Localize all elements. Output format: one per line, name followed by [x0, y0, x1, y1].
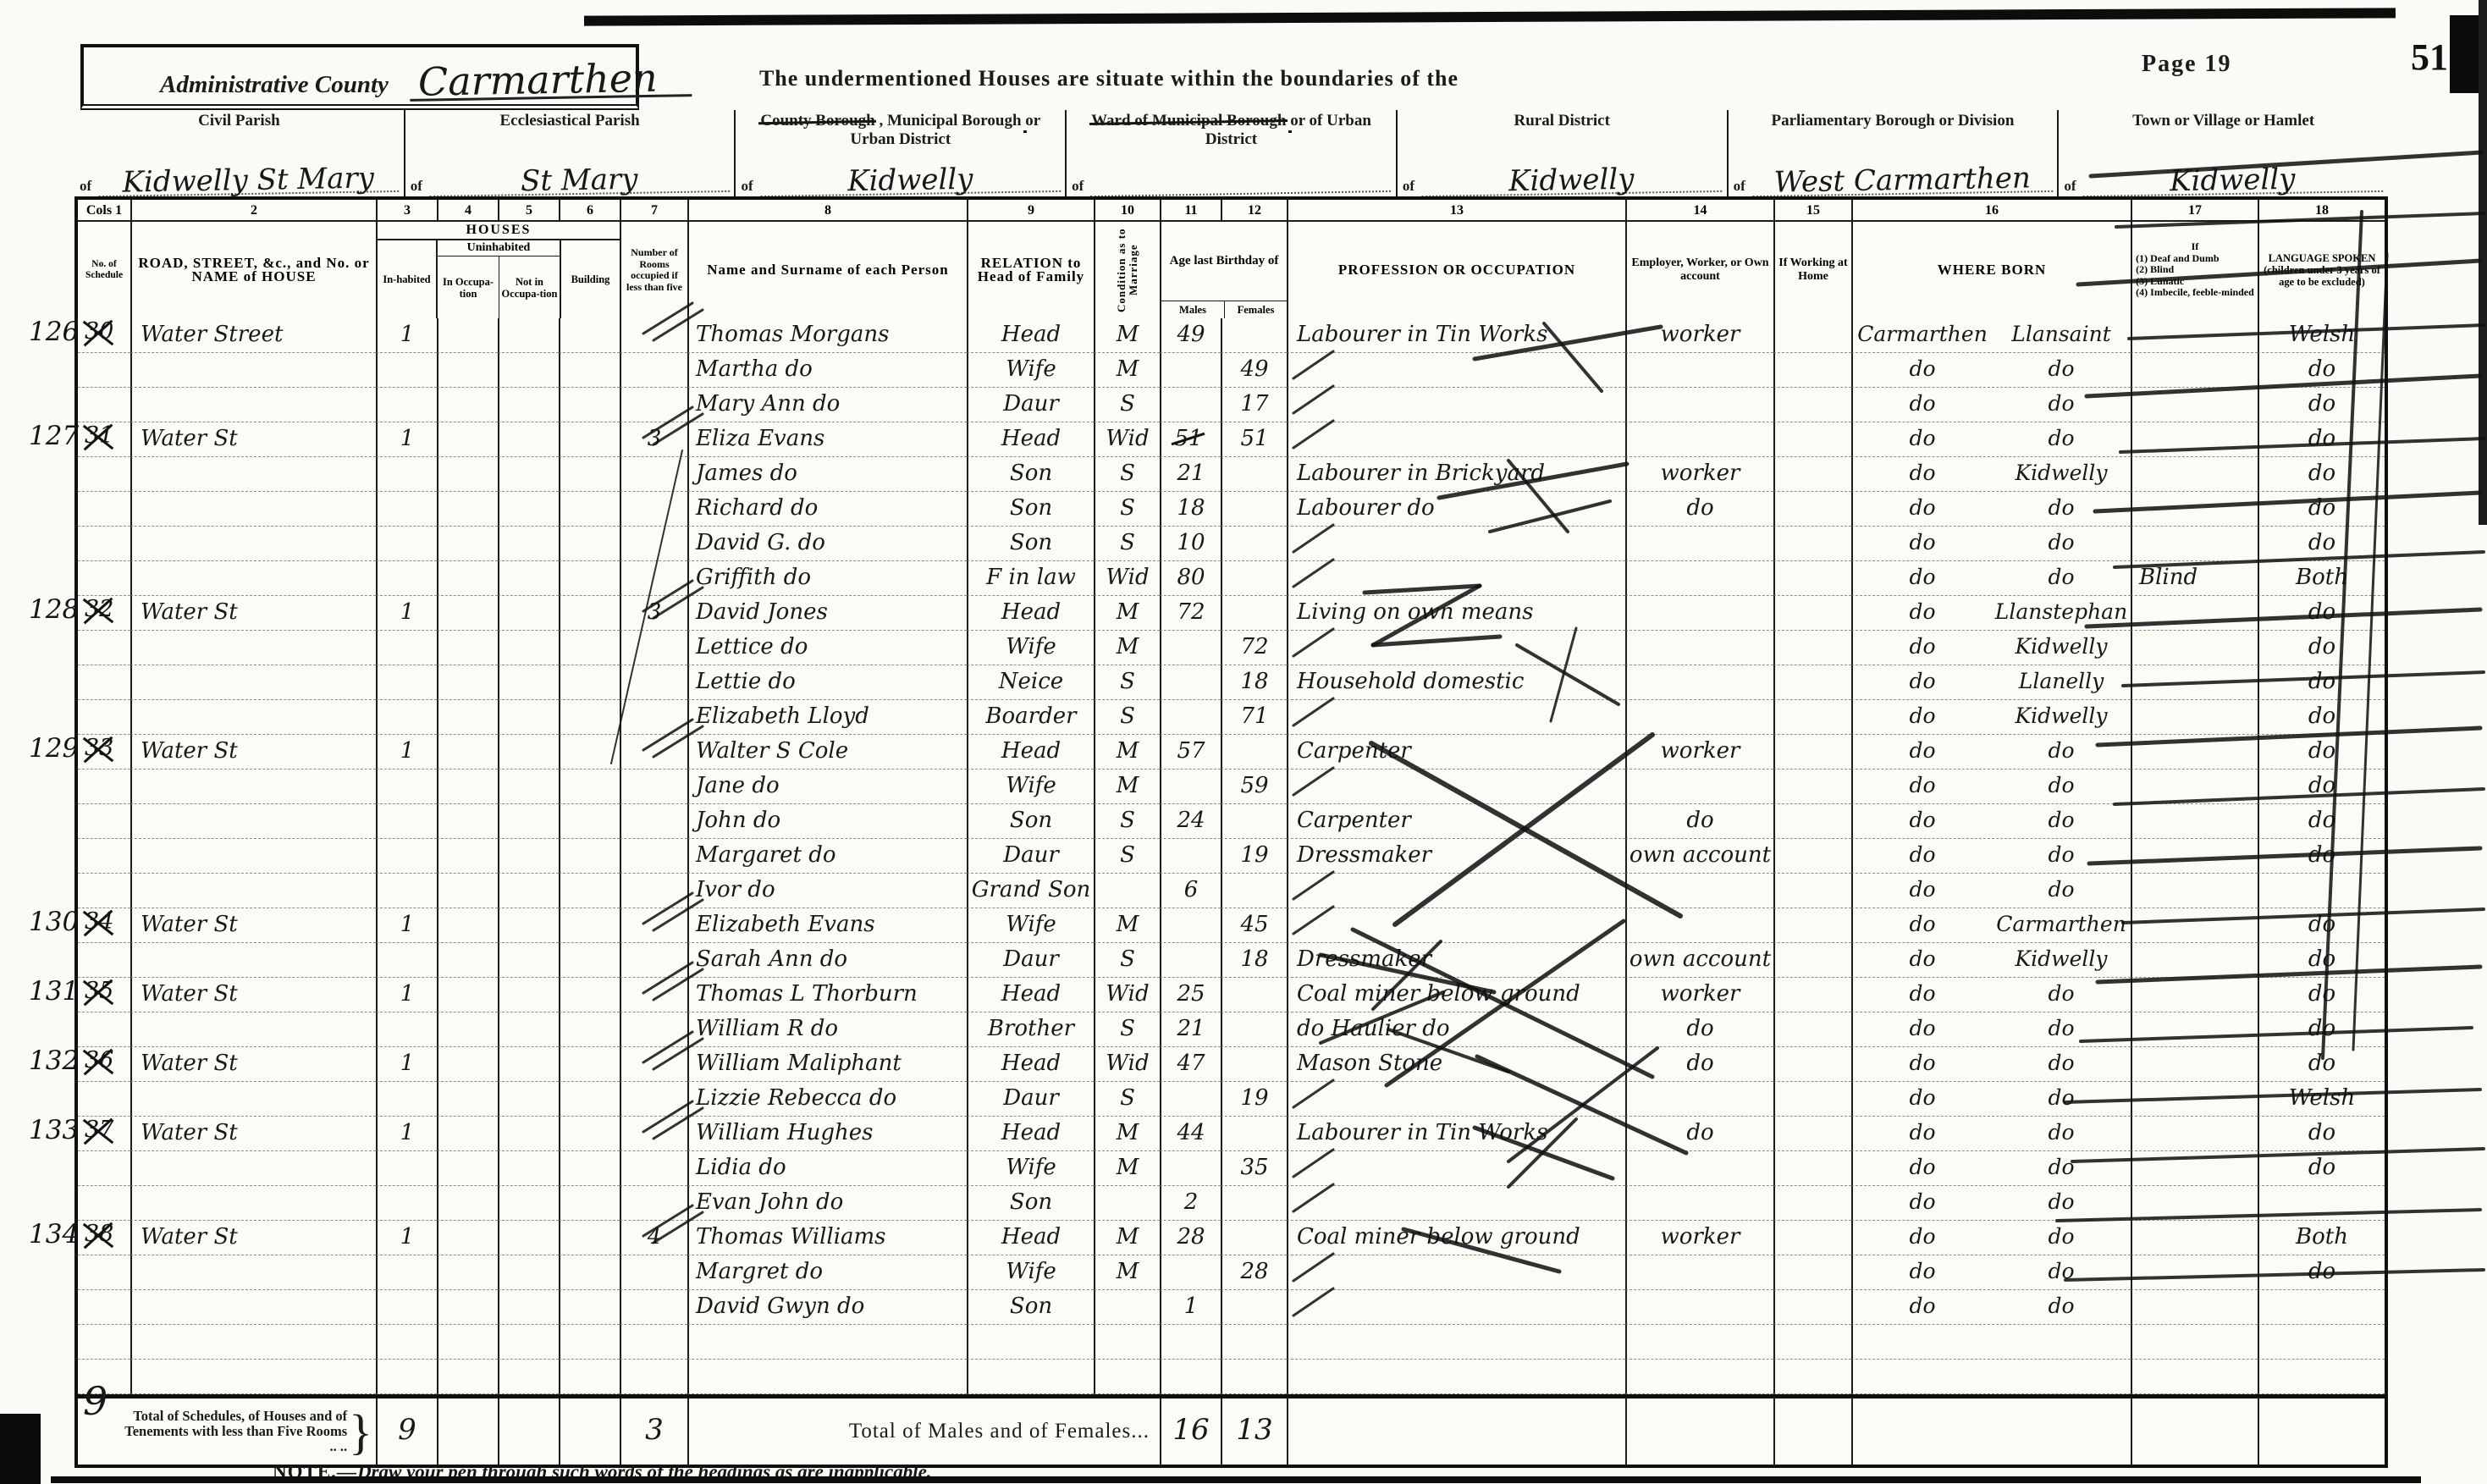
age-female-cell-value: 59 [1240, 773, 1268, 798]
inhabited-cell [376, 1290, 437, 1325]
condition-cell-value: S [1120, 842, 1135, 868]
birth-county: do [1853, 1151, 1992, 1185]
rooms-cell [620, 804, 687, 839]
person-name-cell: Griffith do [687, 561, 967, 596]
birth-county: Carmarthen [1853, 318, 1992, 352]
birth-parish: do [1992, 1290, 2131, 1324]
person-name-cell-value: David G. do [689, 530, 825, 555]
age-female-cell [1221, 457, 1287, 492]
col-number-14: 14 [1625, 200, 1773, 222]
relation-cell: Head [967, 1221, 1094, 1255]
language-cell-value: do [2308, 1051, 2335, 1076]
street-cell [130, 1012, 376, 1047]
age-female-cell-value: 18 [1240, 669, 1268, 694]
uninhabited-in-occupation-cell [437, 353, 498, 388]
birth-county: do [1853, 1117, 1992, 1150]
birth-parish: do [1992, 770, 2131, 803]
col-relation-label: RELATION to Head of Family [967, 222, 1094, 318]
language-cell-value: do [2308, 426, 2335, 451]
language-cell: do [2258, 596, 2385, 631]
blank-cell [498, 1360, 559, 1394]
rooms-cell: 3 [620, 596, 687, 631]
relation-cell-value: Son [1010, 1294, 1052, 1319]
infirmity-cell [2131, 978, 2258, 1012]
age-female-cell-value: 28 [1240, 1259, 1268, 1284]
employer-status-cell: do [1625, 1012, 1773, 1047]
inhabited-cell [376, 874, 437, 908]
language-cell-value: do [2308, 391, 2335, 417]
person-name-cell: David G. do [687, 527, 967, 561]
occupation-cell [1287, 1255, 1625, 1290]
age-male-cell-value: 21 [1177, 1016, 1205, 1041]
age-male-cell-value: 28 [1177, 1224, 1205, 1250]
col-road-label: ROAD, STREET, &c., and No. or NAME of HO… [130, 222, 376, 318]
schedule-cell [78, 804, 130, 839]
uninhabited-in-occupation-cell [437, 700, 498, 735]
inhabited-cell [376, 1255, 437, 1290]
birth-county: do [1853, 596, 1992, 630]
person-name-cell: William Hughes [687, 1117, 967, 1151]
inhabited-cell: 1 [376, 1117, 437, 1151]
occupation-cell [1287, 908, 1625, 943]
occupation-cell: Dressmaker [1287, 943, 1625, 978]
where-born-cell: doCarmarthen [1851, 908, 2131, 943]
col-number-18: 18 [2258, 200, 2385, 222]
working-at-home-cell [1773, 804, 1851, 839]
infirmity-cell [2131, 318, 2258, 353]
relation-cell-value: Wife [1006, 773, 1056, 798]
building-cell [559, 492, 620, 527]
scan-edge-strip [2479, 0, 2487, 525]
census-table: Cols 123456789101112131415161718 No. of … [74, 196, 2388, 1468]
building-cell [559, 978, 620, 1012]
uninhabited-in-occupation-cell [437, 978, 498, 1012]
working-at-home-cell [1773, 943, 1851, 978]
census-row: Evan John doSon2dodo [78, 1186, 2385, 1221]
birth-parish: do [1992, 978, 2131, 1012]
uninhabited-in-occupation-cell [437, 1012, 498, 1047]
employer-status-cell-value: worker [1661, 738, 1740, 764]
birth-parish: do [1992, 527, 2131, 560]
employer-status-cell-value: worker [1661, 322, 1740, 347]
uninhabited-not-occupation-cell [498, 457, 559, 492]
street-cell-value: Water St [132, 599, 238, 625]
occupation-cell [1287, 874, 1625, 908]
age-female-cell [1221, 596, 1287, 631]
where-born-cell: doKidwelly [1851, 943, 2131, 978]
relation-cell-value: Son [1010, 530, 1052, 555]
inhabited-cell [376, 353, 437, 388]
relation-cell-value: Head [1001, 1051, 1061, 1076]
person-name-cell-value: Evan John do [689, 1189, 843, 1215]
birth-parish: Kidwelly [1992, 631, 2131, 665]
col-not-in-occupation-label: Not in Occupa-tion [499, 257, 560, 318]
relation-cell: Wife [967, 908, 1094, 943]
employer-status-cell [1625, 770, 1773, 804]
birth-county: do [1853, 1047, 1992, 1081]
age-male-cell: 51 [1160, 422, 1221, 457]
blank-cell [1625, 1360, 1773, 1394]
condition-cell-value: M [1117, 322, 1139, 347]
census-row: 13438Water St14Thomas WilliamsHeadM28Coa… [78, 1221, 2385, 1255]
age-female-cell [1221, 527, 1287, 561]
col-number-4: 4 [437, 200, 498, 222]
relation-cell: Wife [967, 631, 1094, 665]
person-name-cell-value: Jane do [689, 773, 780, 798]
street-cell: Water St [130, 1117, 376, 1151]
where-born-cell: dodo [1851, 1117, 2131, 1151]
rooms-cell-value: 3 [648, 599, 662, 625]
col-males-label: Males [1161, 301, 1224, 318]
of-word: of [741, 178, 753, 195]
relation-cell-value: Daur [1003, 946, 1059, 972]
uninhabited-not-occupation-cell [498, 1047, 559, 1082]
street-cell [130, 943, 376, 978]
inhabited-cell-value: 1 [400, 738, 415, 764]
age-female-cell-value: 19 [1240, 1085, 1268, 1111]
working-at-home-cell [1773, 527, 1851, 561]
rooms-cell [620, 735, 687, 770]
blank-cell [130, 1360, 376, 1394]
employer-status-cell [1625, 908, 1773, 943]
language-cell: do [2258, 422, 2385, 457]
blank-cell [498, 1325, 559, 1360]
birth-parish: Carmarthen [1992, 908, 2131, 942]
age-male-cell: 21 [1160, 1012, 1221, 1047]
person-name-cell: Mary Ann do [687, 388, 967, 422]
totals-males-females-label: Total of Males and of Females... [687, 1398, 1160, 1465]
age-male-cell-value: 57 [1177, 738, 1205, 764]
schedule-number: 127 [29, 421, 79, 451]
condition-cell: M [1094, 1255, 1160, 1290]
blank-cell [1287, 1360, 1625, 1394]
occupation-cell-value: Dressmaker [1288, 842, 1431, 868]
building-cell [559, 839, 620, 874]
employer-status-cell [1625, 1186, 1773, 1221]
census-page: Administrative County Carmarthen The und… [0, 0, 2487, 1484]
person-name-cell: James do [687, 457, 967, 492]
condition-cell-value: M [1117, 1224, 1139, 1250]
person-name-cell: Lizzie Rebecca do [687, 1082, 967, 1117]
condition-cell-value: Wid [1106, 1051, 1149, 1076]
age-male-cell [1160, 353, 1221, 388]
age-male-cell-value: 1 [1184, 1294, 1199, 1319]
infirmity-cell [2131, 1117, 2258, 1151]
uninhabited-not-occupation-cell [498, 1186, 559, 1221]
birth-county: do [1853, 388, 1992, 422]
rooms-cell [620, 908, 687, 943]
language-cell [2258, 1290, 2385, 1325]
birth-county: do [1853, 700, 1992, 734]
person-name-cell-value: Martha do [689, 356, 813, 382]
street-cell: Water St [130, 735, 376, 770]
street-cell [130, 770, 376, 804]
condition-cell: S [1094, 1012, 1160, 1047]
relation-cell-value: Head [1001, 1120, 1061, 1145]
occupation-cell [1287, 1186, 1625, 1221]
relation-cell: Head [967, 735, 1094, 770]
schedule-number: 130 [29, 907, 79, 937]
relation-cell-value: Wife [1006, 1259, 1056, 1284]
schedule-number: 128 [29, 594, 79, 625]
blank-cell [687, 1360, 967, 1394]
relation-cell-value: Wife [1006, 1155, 1056, 1180]
col-inhabited-label: In-habited [378, 240, 436, 318]
blank-cell [1160, 1325, 1221, 1360]
condition-cell: Wid [1094, 1047, 1160, 1082]
birth-county: do [1853, 353, 1992, 387]
schedule-cell [78, 1082, 130, 1117]
person-name-cell-value: William Maliphant [689, 1051, 902, 1076]
inhabited-cell [376, 839, 437, 874]
inhabited-cell: 1 [376, 1221, 437, 1255]
age-male-cell [1160, 1082, 1221, 1117]
totals-row: Total of Schedules, of Houses and of Ten… [78, 1394, 2385, 1465]
occupation-cell: Carpenter [1287, 735, 1625, 770]
relation-cell: Neice [967, 665, 1094, 700]
infirmity-cell [2131, 596, 2258, 631]
relation-cell: Head [967, 978, 1094, 1012]
person-name-cell: Thomas Williams [687, 1221, 967, 1255]
occupation-cell-value: Labourer in Tin Works [1288, 1120, 1547, 1145]
employer-status-cell [1625, 631, 1773, 665]
person-name-cell-value: Thomas Williams [689, 1224, 886, 1250]
birth-parish: Kidwelly [1992, 700, 2131, 734]
employer-status-cell: do [1625, 492, 1773, 527]
schedule-cell [78, 527, 130, 561]
employer-status-cell [1625, 1082, 1773, 1117]
blank-cell [687, 1325, 967, 1360]
birth-county: do [1853, 457, 1992, 491]
relation-cell-value: Boarder [985, 703, 1076, 729]
language-cell-value: Welsh [2289, 322, 2355, 347]
where-born-cell: doKidwelly [1851, 631, 2131, 665]
relation-cell: Wife [967, 353, 1094, 388]
age-female-cell-value: 71 [1240, 703, 1268, 729]
occupation-cell-value: Household domestic [1288, 669, 1524, 694]
inhabited-cell: 1 [376, 596, 437, 631]
age-male-cell [1160, 1255, 1221, 1290]
birth-county: do [1853, 1255, 1992, 1289]
where-born-cell: dodo [1851, 839, 2131, 874]
condition-cell-value: S [1120, 703, 1135, 729]
rooms-cell [620, 839, 687, 874]
uninhabited-not-occupation-cell [498, 665, 559, 700]
birth-parish: do [1992, 1012, 2131, 1046]
age-female-cell [1221, 1290, 1287, 1325]
where-born-cell: dodo [1851, 978, 2131, 1012]
birth-county: do [1853, 1186, 1992, 1220]
column-number-row: Cols 123456789101112131415161718 [78, 200, 2385, 222]
street-cell-value: Water St [132, 981, 238, 1007]
age-female-cell: 17 [1221, 388, 1287, 422]
working-at-home-cell [1773, 596, 1851, 631]
district-cell-6: Town or Village or Hamlet ofKidwelly [2057, 110, 2388, 196]
condition-cell: Wid [1094, 561, 1160, 596]
where-born-cell: dodo [1851, 1186, 2131, 1221]
condition-cell: M [1094, 631, 1160, 665]
census-row: James doSonS21Labourer in Brickyardworke… [78, 457, 2385, 492]
birth-parish: do [1992, 492, 2131, 526]
inhabited-cell [376, 943, 437, 978]
language-cell: do [2258, 700, 2385, 735]
condition-cell-value: M [1117, 599, 1139, 625]
language-cell: do [2258, 908, 2385, 943]
condition-cell: M [1094, 596, 1160, 631]
relation-cell-value: Head [1001, 322, 1061, 347]
employer-status-cell [1625, 700, 1773, 735]
relation-cell-value: Head [1001, 981, 1061, 1007]
building-cell [559, 1117, 620, 1151]
of-word: of [2064, 178, 2076, 195]
age-male-cell-value: 6 [1184, 877, 1199, 902]
inhabited-cell-value: 1 [400, 1120, 415, 1145]
inhabited-cell-value: 1 [400, 322, 415, 347]
uninhabited-in-occupation-cell [437, 943, 498, 978]
relation-cell: Head [967, 422, 1094, 457]
working-at-home-cell [1773, 1151, 1851, 1186]
relation-cell-value: Head [1001, 599, 1061, 625]
infirmity-cell: Blind [2131, 561, 2258, 596]
schedule-cell [78, 1151, 130, 1186]
working-at-home-cell [1773, 1117, 1851, 1151]
employer-status-cell [1625, 527, 1773, 561]
age-female-cell [1221, 561, 1287, 596]
employer-status-cell [1625, 1255, 1773, 1290]
condition-cell: S [1094, 457, 1160, 492]
of-word: of [1734, 178, 1745, 195]
age-male-cell-value: 47 [1177, 1051, 1205, 1076]
where-born-cell: dodo [1851, 804, 2131, 839]
relation-cell: Daur [967, 388, 1094, 422]
infirmity-cell [2131, 631, 2258, 665]
working-at-home-cell [1773, 770, 1851, 804]
birth-county: do [1853, 492, 1992, 526]
uninhabited-in-occupation-cell [437, 1047, 498, 1082]
inhabited-cell-value: 1 [400, 1224, 415, 1250]
language-cell: Welsh [2258, 318, 2385, 353]
person-name-cell-value: Lettie do [689, 669, 796, 694]
condition-cell-value: M [1117, 1259, 1139, 1284]
language-cell: do [2258, 770, 2385, 804]
condition-cell-value: M [1117, 1155, 1139, 1180]
relation-cell: Brother [967, 1012, 1094, 1047]
blank-cell [620, 1360, 687, 1394]
houses-group-label: HOUSES [378, 222, 620, 240]
condition-cell-value: Wid [1106, 426, 1149, 451]
occupation-cell: Labourer do [1287, 492, 1625, 527]
condition-cell-value: M [1117, 773, 1139, 798]
condition-cell [1094, 1290, 1160, 1325]
language-cell: do [2258, 492, 2385, 527]
schedule-cell: 12731 [78, 422, 130, 457]
infirmity-cell [2131, 1082, 2258, 1117]
building-cell [559, 735, 620, 770]
infirmity-cell [2131, 1290, 2258, 1325]
uninhabited-not-occupation-cell [498, 1151, 559, 1186]
rooms-cell [620, 1012, 687, 1047]
condition-cell-value: S [1120, 391, 1135, 417]
working-at-home-cell [1773, 1047, 1851, 1082]
col-number-2: 2 [130, 200, 376, 222]
occupation-cell [1287, 422, 1625, 457]
blank-cell [2258, 1360, 2385, 1394]
street-cell [130, 561, 376, 596]
language-cell-value: do [2308, 1120, 2335, 1145]
working-at-home-cell [1773, 700, 1851, 735]
employer-status-cell-value: own account [1630, 842, 1771, 868]
infirmity-cell [2131, 839, 2258, 874]
rooms-cell [620, 943, 687, 978]
relation-cell-value: F in law [986, 565, 1076, 590]
uninhabited-not-occupation-cell [498, 492, 559, 527]
age-male-cell-value: 18 [1177, 495, 1205, 521]
where-born-cell: dodo [1851, 874, 2131, 908]
birth-county: do [1853, 839, 1992, 873]
employer-status-cell: do [1625, 1047, 1773, 1082]
blank-cell [2131, 1325, 2258, 1360]
col-number-16: 16 [1851, 200, 2131, 222]
building-cell [559, 943, 620, 978]
condition-cell-value: M [1117, 634, 1139, 659]
employer-status-cell [1625, 388, 1773, 422]
street-cell [130, 631, 376, 665]
street-cell [130, 527, 376, 561]
birth-parish: Llanstephan [1992, 596, 2131, 630]
totals-females: 13 [1221, 1398, 1287, 1465]
birth-parish: do [1992, 1151, 2131, 1185]
person-name-cell-value: Mary Ann do [689, 391, 840, 417]
street-cell [130, 457, 376, 492]
language-cell-value: do [2308, 461, 2335, 486]
building-cell [559, 1221, 620, 1255]
age-female-cell [1221, 978, 1287, 1012]
blank-cell [376, 1325, 437, 1360]
rooms-cell [620, 770, 687, 804]
employer-status-cell: do [1625, 1117, 1773, 1151]
birth-county: do [1853, 665, 1992, 699]
administrative-county-label: Administrative County [160, 71, 389, 99]
infirmity-cell [2131, 1151, 2258, 1186]
totals-margin-mark: 9 [83, 1378, 108, 1424]
col-number-7: 7 [620, 200, 687, 222]
language-cell [2258, 1186, 2385, 1221]
census-row: Mary Ann doDaurS17dododo [78, 388, 2385, 422]
uninhabited-not-occupation-cell [498, 1255, 559, 1290]
employer-status-cell-value: worker [1661, 461, 1740, 486]
working-at-home-cell [1773, 353, 1851, 388]
age-male-cell: 49 [1160, 318, 1221, 353]
age-female-cell [1221, 804, 1287, 839]
blank-cell [130, 1325, 376, 1360]
birth-parish: do [1992, 1186, 2131, 1220]
person-name-cell-value: Lizzie Rebecca do [689, 1085, 896, 1111]
age-female-cell [1221, 1047, 1287, 1082]
age-male-cell-value: 80 [1177, 565, 1205, 590]
totals-males: 16 [1160, 1398, 1221, 1465]
administrative-county-box: Administrative County Carmarthen [80, 44, 639, 110]
relation-cell: Daur [967, 1082, 1094, 1117]
uninhabited-not-occupation-cell [498, 943, 559, 978]
occupation-cell-value: Dressmaker [1288, 946, 1431, 972]
condition-cell: M [1094, 908, 1160, 943]
district-label: Civil Parish [81, 112, 397, 130]
blank-cell [559, 1360, 620, 1394]
working-at-home-cell [1773, 1255, 1851, 1290]
rooms-cell [620, 1117, 687, 1151]
district-cell-2: County Borough , Municipal Borough or Ur… [734, 110, 1065, 196]
birth-parish: do [1992, 804, 2131, 838]
